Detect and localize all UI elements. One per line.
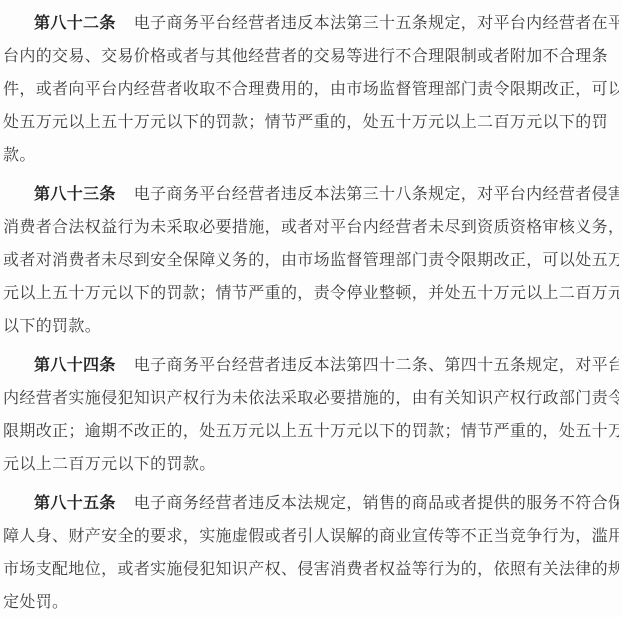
article-text-line: 或者对消费者未尽到安全保障义务的，由市场监督管理部门责令限期改正，可以处五万 bbox=[3, 243, 619, 276]
article-text-line: 元以上五十万元以下的罚款；情节严重的，责令停业整顿，并处五十万元以上二百万元 bbox=[3, 276, 619, 309]
article-text-line: 第八十三条电子商务平台经营者违反本法第三十八条规定，对平台内经营者侵害 bbox=[3, 177, 619, 210]
law-article-paragraph: 第八十三条电子商务平台经营者违反本法第三十八条规定，对平台内经营者侵害消费者合法… bbox=[3, 177, 619, 342]
article-text-line: 元以上二百万元以下的罚款。 bbox=[3, 447, 619, 480]
article-text-line: 内经营者实施侵犯知识产权行为未依法采取必要措施的，由有关知识产权行政部门责令 bbox=[3, 381, 619, 414]
article-text-line: 第八十二条电子商务平台经营者违反本法第三十五条规定，对平台内经营者在平 bbox=[3, 6, 619, 39]
article-text-line: 障人身、财产安全的要求，实施虚假或者引人误解的商业宣传等不正当竞争行为，滥用 bbox=[3, 519, 619, 552]
article-text-line: 定处罚。 bbox=[3, 585, 619, 617]
article-text-line: 市场支配地位，或者实施侵犯知识产权、侵害消费者权益等行为的，依照有关法律的规 bbox=[3, 552, 619, 585]
article-number: 第八十五条 bbox=[34, 493, 116, 512]
law-article-paragraph: 第八十五条电子商务经营者违反本法规定，销售的商品或者提供的服务不符合保障人身、财… bbox=[3, 486, 619, 617]
article-paragraphs: 第八十二条电子商务平台经营者违反本法第三十五条规定，对平台内经营者在平台内的交易… bbox=[3, 6, 619, 617]
article-text-line: 限期改正；逾期不改正的，处五万元以上五十万元以下的罚款；情节严重的，处五十万 bbox=[3, 414, 619, 447]
article-text: 电子商务经营者违反本法规定，销售的商品或者提供的服务不符合保 bbox=[134, 493, 619, 512]
law-article-paragraph: 第八十二条电子商务平台经营者违反本法第三十五条规定，对平台内经营者在平台内的交易… bbox=[3, 6, 619, 171]
law-article-paragraph: 第八十四条电子商务平台经营者违反本法第四十二条、第四十五条规定，对平台内经营者实… bbox=[3, 348, 619, 480]
article-number: 第八十二条 bbox=[34, 13, 116, 32]
article-text-line: 消费者合法权益行为未采取必要措施，或者对平台内经营者未尽到资质资格审核义务， bbox=[3, 210, 619, 243]
article-text: 电子商务平台经营者违反本法第四十二条、第四十五条规定，对平台 bbox=[134, 355, 619, 374]
article-text-line: 处五万元以上五十万元以下的罚款；情节严重的，处五十万元以上二百万元以下的罚 bbox=[3, 105, 619, 138]
article-text: 电子商务平台经营者违反本法第三十八条规定，对平台内经营者侵害 bbox=[134, 184, 619, 203]
article-text-line: 件，或者向平台内经营者收取不合理费用的，由市场监督管理部门责令限期改正，可以 bbox=[3, 72, 619, 105]
article-text-line: 第八十四条电子商务平台经营者违反本法第四十二条、第四十五条规定，对平台 bbox=[3, 348, 619, 381]
article-text-line: 款。 bbox=[3, 138, 619, 171]
article-number: 第八十四条 bbox=[34, 355, 116, 374]
article-text-line: 以下的罚款。 bbox=[3, 309, 619, 342]
article-text-line: 第八十五条电子商务经营者违反本法规定，销售的商品或者提供的服务不符合保 bbox=[3, 486, 619, 519]
law-document-page: 第八十二条电子商务平台经营者违反本法第三十五条规定，对平台内经营者在平台内的交易… bbox=[0, 0, 622, 617]
article-text: 电子商务平台经营者违反本法第三十五条规定，对平台内经营者在平 bbox=[134, 13, 619, 32]
article-text-line: 台内的交易、交易价格或者与其他经营者的交易等进行不合理限制或者附加不合理条 bbox=[3, 39, 619, 72]
article-number: 第八十三条 bbox=[34, 184, 116, 203]
